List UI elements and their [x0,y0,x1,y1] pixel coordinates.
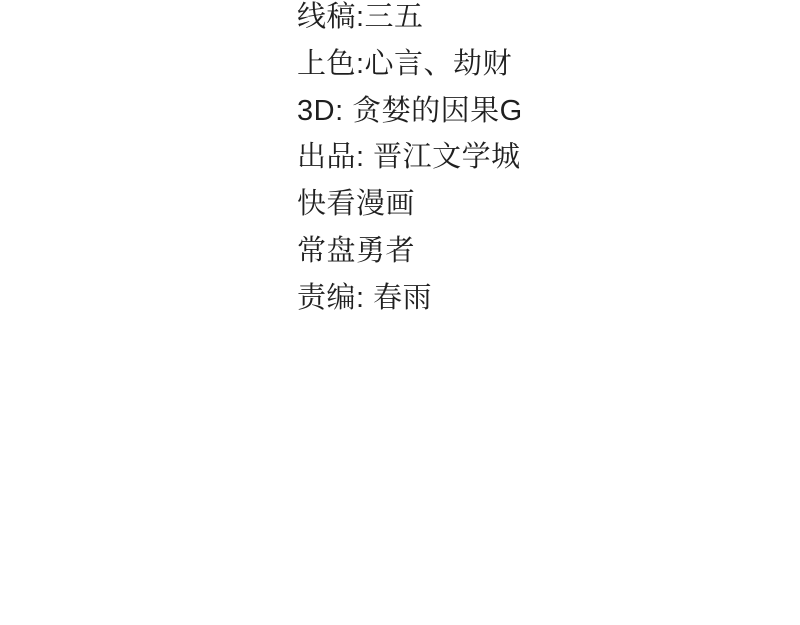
credit-line-studio: 常盘勇者 [297,236,523,283]
credit-line-editor: 责编: 春雨 [297,283,523,330]
credit-line-lineart: 线稿:三五 [297,2,523,49]
credit-line-platform: 快看漫画 [297,189,523,236]
credit-line-publisher: 出品: 晋江文学城 [297,142,523,189]
credit-line-3d: 3D: 贪婪的因果G [297,96,523,143]
credit-line-coloring: 上色:心言、劫财 [297,49,523,96]
credits-block: 线稿:三五 上色:心言、劫财 3D: 贪婪的因果G 出品: 晋江文学城 快看漫画… [297,2,523,330]
credits-page: 线稿:三五 上色:心言、劫财 3D: 贪婪的因果G 出品: 晋江文学城 快看漫画… [0,0,800,625]
